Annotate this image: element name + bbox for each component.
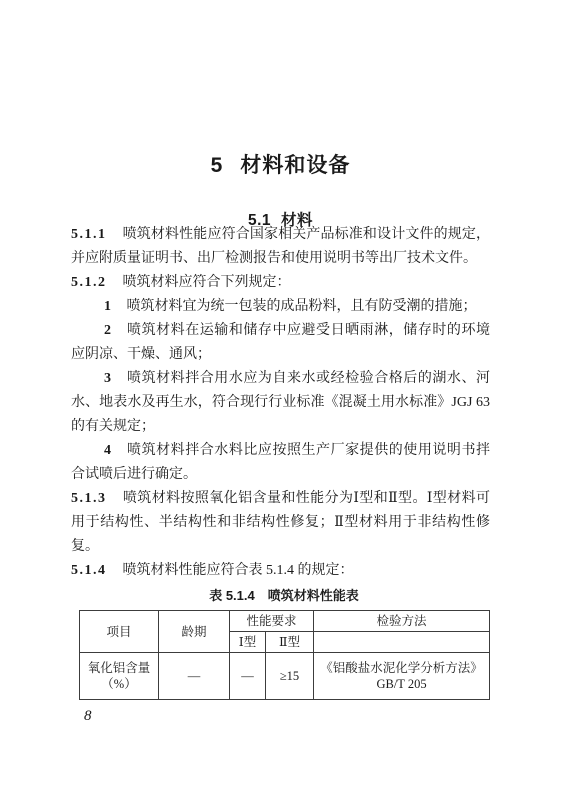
table-caption-label: 表 5.1.4 [209, 588, 255, 603]
table-header-row-1: 项目 龄期 性能要求 检验方法 [80, 611, 490, 632]
clause-text: 喷筑材料按照氧化铝含量和性能分为Ⅰ型和Ⅱ型。Ⅰ型材料可用于结构性、半结构性和非结… [71, 491, 490, 554]
header-cell-method-empty [314, 632, 490, 653]
item-text: 喷筑材料在运输和储存中应避受日晒雨淋，储存时的环境应阴凉、干燥、通风； [71, 323, 490, 362]
clause-number: 5.1.3 [71, 491, 107, 506]
chapter-number: 5 [211, 154, 224, 178]
list-item-2: 2喷筑材料在运输和储存中应避受日晒雨淋，储存时的环境应阴凉、干燥、通风； [71, 319, 490, 367]
clause-number: 5.1.4 [71, 563, 107, 578]
item-text: 喷筑材料拌合用水应为自来水或经检验合格后的湖水、河水、地表水及再生水，符合现行行… [71, 371, 490, 434]
clause-5-1-2: 5.1.2喷筑材料应符合下列规定： [71, 271, 490, 295]
cell-method: 《铝酸盐水泥化学分析方法》 GB/T 205 [314, 653, 490, 700]
page-number: 8 [84, 708, 490, 725]
clause-text: 喷筑材料性能应符合表 5.1.4 的规定： [123, 563, 354, 578]
clause-number: 5.1.1 [71, 227, 107, 242]
header-cell-performance: 性能要求 [230, 611, 314, 632]
table-caption: 表 5.1.4 喷筑材料性能表 [79, 587, 489, 604]
item-number: 4 [104, 443, 113, 458]
item-number: 2 [104, 323, 113, 338]
clause-5-1-3: 5.1.3喷筑材料按照氧化铝含量和性能分为Ⅰ型和Ⅱ型。Ⅰ型材料可用于结构性、半结… [71, 487, 490, 559]
header-cell-method: 检验方法 [314, 611, 490, 632]
table-row: 氧化铝含量 （%） — — ≥15 《铝酸盐水泥化学分析方法》 GB/T 205 [80, 653, 490, 700]
cell-type2: ≥15 [266, 653, 314, 700]
material-performance-table: 项目 龄期 性能要求 检验方法 Ⅰ型 Ⅱ型 氧化铝含量 （%） — — [79, 610, 490, 700]
header-cell-age: 龄期 [159, 611, 230, 653]
header-cell-item: 项目 [80, 611, 159, 653]
chapter-heading: 5 材料和设备 [0, 149, 561, 179]
cell-method-line1: 《铝酸盐水泥化学分析方法》 [314, 660, 489, 676]
item-number: 1 [104, 299, 113, 314]
cell-method-line2: GB/T 205 [314, 676, 489, 692]
clause-5-1-4: 5.1.4喷筑材料性能应符合表 5.1.4 的规定： [71, 559, 490, 583]
body-content: 5.1.1喷筑材料性能应符合国家相关产品标准和设计文件的规定，并应附质量证明书、… [71, 223, 490, 725]
list-item-3: 3喷筑材料拌合用水应为自来水或经检验合格后的湖水、河水、地表水及再生水，符合现行… [71, 367, 490, 439]
document-page: 5 材料和设备 5.1 材料 5.1.1喷筑材料性能应符合国家相关产品标准和设计… [0, 0, 561, 804]
clause-number: 5.1.2 [71, 275, 107, 290]
item-number: 3 [104, 371, 113, 386]
item-text: 喷筑材料拌合水料比应按照生产厂家提供的使用说明书拌合试喷后进行确定。 [71, 443, 490, 482]
cell-type1: — [230, 653, 266, 700]
cell-item-line2: （%） [80, 676, 158, 692]
clause-5-1-1: 5.1.1喷筑材料性能应符合国家相关产品标准和设计文件的规定，并应附质量证明书、… [71, 223, 490, 271]
table-caption-title: 喷筑材料性能表 [268, 588, 359, 603]
list-item-1: 1喷筑材料宜为统一包装的成品粉料，且有防受潮的措施； [71, 295, 490, 319]
header-cell-type1: Ⅰ型 [230, 632, 266, 653]
clause-text: 喷筑材料应符合下列规定： [123, 275, 291, 290]
clause-text: 喷筑材料性能应符合国家相关产品标准和设计文件的规定，并应附质量证明书、出厂检测报… [71, 227, 490, 266]
cell-item: 氧化铝含量 （%） [80, 653, 159, 700]
cell-age: — [159, 653, 230, 700]
item-text: 喷筑材料宜为统一包装的成品粉料，且有防受潮的措施； [127, 299, 477, 314]
header-cell-type2: Ⅱ型 [266, 632, 314, 653]
chapter-title-text: 材料和设备 [240, 149, 350, 179]
cell-item-line1: 氧化铝含量 [80, 660, 158, 676]
list-item-4: 4喷筑材料拌合水料比应按照生产厂家提供的使用说明书拌合试喷后进行确定。 [71, 439, 490, 487]
